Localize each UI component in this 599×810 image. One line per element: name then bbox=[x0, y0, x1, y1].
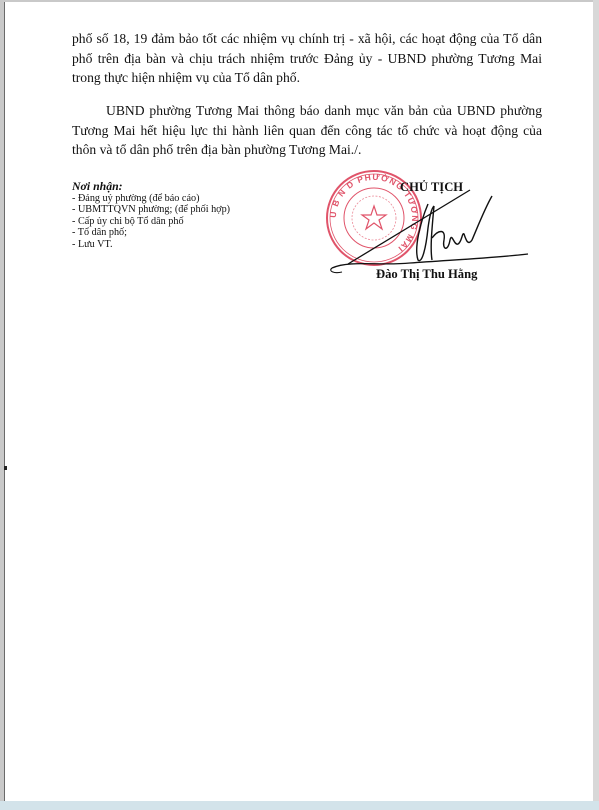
recipient-item: - UBMTTQVN phường; (để phối hợp) bbox=[72, 204, 230, 215]
paragraph-1: phố số 18, 19 đảm bảo tốt các nhiệm vụ c… bbox=[72, 29, 542, 88]
paragraph-line: Tương Mai hết hiệu lực thi hành liên qua… bbox=[72, 121, 542, 141]
paragraph-2: UBND phường Tương Mai thông báo danh mục… bbox=[72, 101, 542, 160]
recipient-item: - Tổ dân phố; bbox=[72, 227, 230, 238]
scrollbar-track[interactable] bbox=[593, 0, 599, 801]
paragraph-line: phố số 18, 19 đảm bảo tốt các nhiệm vụ c… bbox=[72, 29, 542, 49]
recipient-item: - Lưu VT. bbox=[72, 239, 230, 250]
handwritten-signature-icon bbox=[320, 168, 530, 278]
viewer-bottom-bar bbox=[0, 801, 599, 810]
recipient-item: - Đảng uỷ phường (để báo cáo) bbox=[72, 193, 230, 204]
scan-artifact bbox=[4, 466, 7, 470]
paragraph-line: phố trên địa bàn và chịu trách nhiệm trư… bbox=[72, 49, 542, 69]
recipients-block: Nơi nhận: - Đảng uỷ phường (để báo cáo) … bbox=[72, 180, 230, 250]
paragraph-line: UBND phường Tương Mai thông báo danh mục… bbox=[72, 101, 542, 121]
paragraph-line: thôn và tổ dân phố trên địa bàn phường T… bbox=[72, 140, 542, 160]
paragraph-line: trong thực hiện nhiệm vụ của Tổ dân phố. bbox=[72, 68, 542, 88]
recipient-item: - Cấp ủy chi bộ Tổ dân phố bbox=[72, 216, 230, 227]
signer-name: Đào Thị Thu Hằng bbox=[376, 267, 477, 282]
recipients-title: Nơi nhận: bbox=[72, 180, 230, 193]
signature-block: U B N D PHƯỜNG TƯƠNG MAI CHỦ TỊCH Đào Th… bbox=[320, 168, 530, 288]
